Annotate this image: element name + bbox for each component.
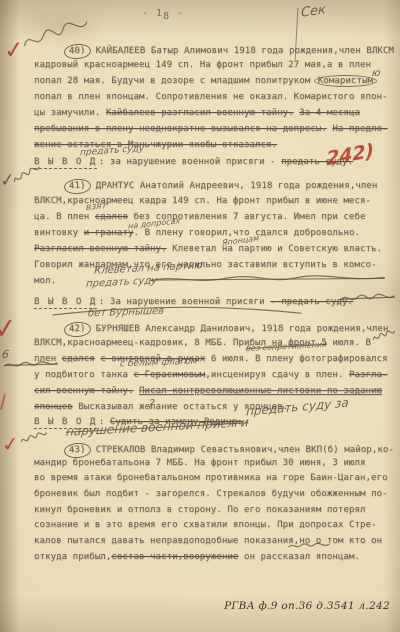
- struck-text: Разгла-: [349, 370, 388, 380]
- typed-text: : за нарушение военной присяги -: [99, 157, 281, 167]
- pencil-verdict-42-part1: предать суду за: [246, 395, 349, 418]
- struck-text: сдался: [95, 212, 128, 222]
- typed-text: попал в плен японцам. Сопротивления не о…: [34, 92, 388, 102]
- red-checkmark-icon: ✓: [0, 311, 19, 346]
- pencil-scribble: [288, 542, 330, 550]
- conclusion-label: В Ы В О Д: [34, 157, 97, 169]
- typed-text: Клеветал на партию и Советскую власть.: [167, 244, 382, 254]
- struck-text: состав части,: [111, 552, 183, 562]
- struck-text: сил военную тайну.: [34, 386, 133, 396]
- struck-text: японцев: [34, 402, 73, 412]
- typed-text: мандир бронебатальона 7 МББ. На фронт пр…: [34, 458, 366, 468]
- typed-line: во время атаки бронебатальоном противник…: [34, 473, 388, 483]
- red-checkmark-icon: ✓: [3, 35, 26, 65]
- typed-text: винтовку: [34, 228, 84, 238]
- typed-line: мандир бронебатальона 7 МББ. На фронт пр…: [34, 458, 366, 468]
- typed-line: у подбитого танка с Герасимовым,инсценир…: [34, 370, 388, 380]
- typed-text: СТРЕКАЛОВ Владимир Севастьянович,член ВК…: [96, 445, 394, 455]
- typed-text: во время атаки бронебатальоном противник…: [34, 473, 388, 483]
- struck-text: Разгласил военную тайну.: [34, 244, 167, 254]
- typed-text: сознание и в это время его схватили япон…: [34, 520, 377, 530]
- typed-text: КАЙБАЛЕЕВ Батыр Алимович 1918 года рожде…: [96, 46, 394, 56]
- typed-text: он рассказал японцам.: [238, 552, 360, 562]
- pencil-note-burnyshev: бет Бурнышев: [87, 306, 164, 320]
- typed-line: кинул броневик и отполз в сторону. По ег…: [34, 505, 366, 515]
- typed-line: броневик был подбит - загорелся. Стрекал…: [34, 489, 388, 499]
- typed-line: сознание и в это время его схватили япон…: [34, 520, 377, 530]
- struck-text: пребывания в плену неоднократно вызывалс…: [34, 124, 327, 134]
- red-margin-line: [0, 394, 6, 410]
- typed-text: у подбитого танка: [34, 370, 133, 380]
- typed-text: ца. В плен: [34, 212, 95, 222]
- entry-number-circled: 41): [64, 178, 92, 195]
- typed-text: кадровый красноармеец 149 сп. На фронт п…: [34, 60, 371, 70]
- typed-line: попал 28 мая. Будучи в дозоре с младшим …: [34, 76, 377, 86]
- pencil-insert-flag: с белым флагом: [119, 357, 197, 370]
- typed-line: сил военную тайну. Писал контрреволюцион…: [34, 386, 382, 396]
- typed-text: цы замучили.: [34, 108, 106, 118]
- pencil-scribble: [19, 429, 49, 447]
- struck-text: с Герасимовым: [133, 370, 205, 380]
- typed-line: 42)БУРНЯШЕВ Александр Данилович, 1918 го…: [64, 322, 388, 337]
- struck-text: Кайбалеев разгласил военную тайну.: [106, 108, 294, 118]
- typed-text: ,инсценируя сдачу в плен.: [205, 370, 349, 380]
- typed-line: попал в плен японцам. Сопротивления не о…: [34, 92, 388, 102]
- typed-text: 6 июля. В плену фотографировался: [205, 354, 387, 364]
- struck-text: За 4 месяца: [299, 108, 360, 118]
- pencil-struck-scribble: [150, 274, 385, 285]
- typed-text: ДРАНТУС Анатолий Андреевич, 1918 года ро…: [96, 181, 378, 191]
- typed-line: 41)ДРАНТУС Анатолий Андреевич, 1918 года…: [64, 179, 377, 194]
- typed-line: 40)КАЙБАЛЕЕВ Батыр Алимович 1918 года ро…: [64, 44, 394, 59]
- typed-text: попал 28 мая. Будучи в дозоре с младшим …: [34, 76, 316, 86]
- typed-text: броневик был подбит - загорелся. Стрекал…: [34, 489, 388, 499]
- typed-line: плен сдался с винтовкой в руках 6 июля. …: [34, 354, 388, 364]
- red-checkmark-icon: ✓: [1, 431, 20, 457]
- document-page: - 18 - РГВА ф.9 оп.36 д.3541 л.242 40)КА…: [0, 0, 400, 632]
- archive-stamp: РГВА ф.9 оп.36 д.3541 л.242: [224, 600, 390, 612]
- red-folio-number: 242): [326, 140, 374, 171]
- pencil-note-sek: Сек: [301, 2, 326, 21]
- typed-line: винтовку и гранату. В плену говорил,что …: [34, 228, 360, 238]
- entry-number-circled: 42): [64, 321, 92, 338]
- pencil-insert-vzyat: взят: [86, 201, 107, 213]
- entry-number-circled: 43): [64, 442, 92, 459]
- typed-line: Разгласил военную тайну. Клеветал на пар…: [34, 244, 382, 254]
- typed-text: Комаристым: [314, 75, 377, 87]
- typed-line: пребывания в плену неоднократно вызывалс…: [34, 124, 388, 134]
- typed-line: цы замучили. Кайбалеев разгласил военную…: [34, 108, 360, 118]
- pencil-note-verdict-41: предать суду: [86, 275, 158, 290]
- struck-text: Писал контрреволюционные листовки по зад…: [139, 386, 382, 396]
- typed-text: мол.: [34, 276, 56, 286]
- typed-line: откуда прибыл,состав части,вооружение он…: [34, 552, 360, 562]
- typed-text: откуда прибыл,: [34, 552, 111, 562]
- page-number: - 18 -: [142, 8, 184, 19]
- pencil-struck-scribble: [4, 360, 58, 370]
- struck-text: и гранату: [84, 228, 134, 238]
- struck-text: вооружение: [183, 552, 238, 562]
- typed-line: 43)СТРЕКАЛОВ Владимир Севастьянович,член…: [64, 443, 394, 458]
- typed-text: БУРНЯШЕВ Александр Данилович, 1918 года …: [96, 324, 389, 334]
- typed-text: ВЛКСМ,красноармеец кадра 149 сп. На фрон…: [34, 196, 371, 206]
- entry-number-circled: 40): [64, 43, 92, 60]
- struck-text: На предло-: [332, 124, 387, 134]
- conclusion-line: В Ы В О Д: за нарушение военной присяги …: [34, 157, 353, 167]
- typed-line: мол.: [34, 276, 56, 286]
- pencil-struck-scribble: [340, 292, 395, 305]
- struck-text: сдался: [62, 354, 95, 364]
- typed-line: ца. В плен сдался без сопротивления 7 ав…: [34, 212, 366, 222]
- typed-line: Говорил жандармам,что его насильно заста…: [34, 260, 377, 270]
- typed-line: кадровый красноармеец 149 сп. На фронт п…: [34, 60, 371, 70]
- typed-text: Говорил жандармам,что его насильно заста…: [34, 260, 377, 270]
- pencil-mark-yu: ю: [371, 68, 381, 79]
- struck-text: жение остаться в Маньчжурии якобы отказа…: [34, 140, 277, 150]
- pencil-scribble: [10, 163, 43, 187]
- typed-text: кинул броневик и отполз в сторону. По ег…: [34, 505, 366, 515]
- typed-line: жение остаться в Маньчжурии якобы отказа…: [34, 140, 277, 150]
- typed-line: ВЛКСМ,красноармеец кадра 149 сп. На фрон…: [34, 196, 371, 206]
